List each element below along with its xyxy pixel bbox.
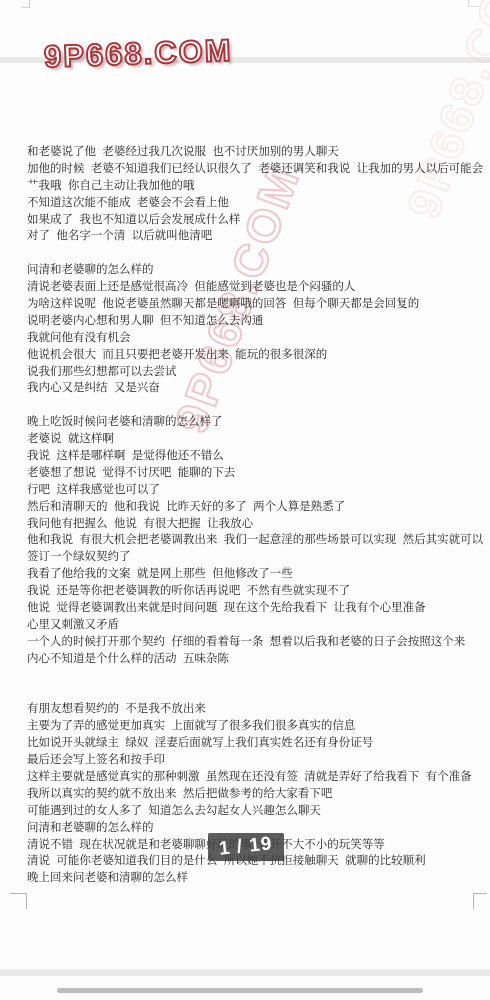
text-line: 我看了他给我的文案 就是网上那些 但他修改了一些: [27, 566, 483, 583]
text-line: 对了 他名字一个清 以后就叫他清吧: [27, 228, 483, 245]
text-line: 然后和清聊天的 他和我说 比昨天好的多了 两个人算是熟悉了: [27, 499, 483, 516]
text-line: 我所以真实的契约就不放出来 然后把做参考的给大家看下吧: [27, 786, 483, 803]
text-line: 有朋友想看契约的 不是我不放出来: [27, 701, 483, 718]
page-indicator-toast: 1 / 19: [208, 833, 284, 861]
text-line: 老婆说 就这样啊: [27, 431, 483, 448]
text-line: 这样主要就是感觉真实的那种刺激 虽然现在还没有签 清就是弄好了给我看下 有个准备: [27, 769, 483, 786]
text-line: 心里又刺激又矛盾: [27, 617, 483, 634]
text-line: [27, 245, 483, 262]
page-gap-bottom: [0, 969, 490, 976]
text-line: 最后还会写上签名和按手印: [27, 752, 483, 769]
text-line: 和老婆说了他 老婆经过我几次说服 也不讨厌加别的男人聊天: [27, 144, 483, 161]
text-line: 签订一个绿奴契约了: [27, 549, 483, 566]
text-line: 如果成了 我也不知道以后会发展成什么样: [27, 212, 483, 229]
text-line: 为啥这样说呢 他说老婆虽然聊天都是嗯啊哦的回答 但每个聊天都是会回复的: [27, 296, 483, 313]
document-lines: 和老婆说了他 老婆经过我几次说服 也不讨厌加别的男人聊天加他的时候 老婆不知道我…: [27, 144, 483, 887]
text-line: 行吧 这样我感觉也可以了: [27, 482, 483, 499]
corner-mark-bottom-right: [473, 893, 487, 909]
text-line: [27, 685, 483, 702]
text-line: 不知道这次能不能成 老婆会不会看上他: [27, 195, 483, 212]
text-line: 加他的时候 老婆不知道我们已经认识很久了 老婆还调笑和我说 让我加的男人以后可能…: [27, 161, 483, 178]
corner-mark-bottom-left: [10, 893, 27, 909]
text-line: [27, 668, 483, 685]
text-line: 我说 还是等你把老婆调教的听你话再说吧 不然有些就实现不了: [27, 583, 483, 600]
text-line: 他和我说 有很大机会把老婆调教出来 我们一起意淫的那些场景可以实现 然后其实就可…: [27, 532, 483, 549]
text-line: 艹我哦 你自己主动让我加他的哦: [27, 178, 483, 195]
text-line: 晚上回来问老婆和清聊的怎么样: [27, 870, 483, 887]
text-line: [27, 397, 483, 414]
horizontal-scrollbar[interactable]: [57, 988, 423, 993]
text-line: 我问他有把握么 他说 有很大把握 让我放心: [27, 516, 483, 533]
text-line: 他说 觉得老婆调教出来就是时间问题 现在这个先给我看下 让我有个心里准备: [27, 600, 483, 617]
text-line: 我内心又是纠结 又是兴奋: [27, 380, 483, 397]
text-line: 晚上吃饭时候问老婆和清聊的怎么样了: [27, 414, 483, 431]
text-line: 我说 这样是哪样啊 是觉得他还不错么: [27, 448, 483, 465]
site-watermark: 9P668.COM: [43, 33, 233, 76]
text-line: 主要为了弄的感觉更加真实 上面就写了很多我们很多真实的信息: [27, 718, 483, 735]
text-line: 我就问他有没有机会: [27, 330, 483, 347]
corner-mark-top-left: [21, 0, 30, 8]
text-line: 比如说开头就绿主 绿奴 淫妻后面就写上我们真实姓名还有身份证号: [27, 735, 483, 752]
text-line: 说明老婆内心想和男人聊 但不知道怎么去沟通: [27, 313, 483, 330]
text-line: 说我们那些幻想都可以去尝试: [27, 364, 483, 381]
text-line: 他说机会很大 而且只要把老婆开发出来 能玩的很多很深的: [27, 347, 483, 364]
text-line: 可能遇到过的女人多了 知道怎么去勾起女人兴趣怎么聊天: [27, 803, 483, 820]
text-line: 内心不知道是个什么样的活动 五味杂陈: [27, 651, 483, 668]
text-line: 清说老婆表面上还是感觉很高冷 但能感觉到老婆也是个闷骚的人: [27, 279, 483, 296]
text-line: 老婆想了想说 觉得不讨厌吧 能聊的下去: [27, 465, 483, 482]
text-line: 一个人的时候打开那个契约 仔细的看着每一条 想着以后我和老婆的日子会按照这个来: [27, 634, 483, 651]
text-line: 问清和老婆聊的怎么样的: [27, 262, 483, 279]
page-indicator-label: 1 / 19: [218, 833, 274, 860]
